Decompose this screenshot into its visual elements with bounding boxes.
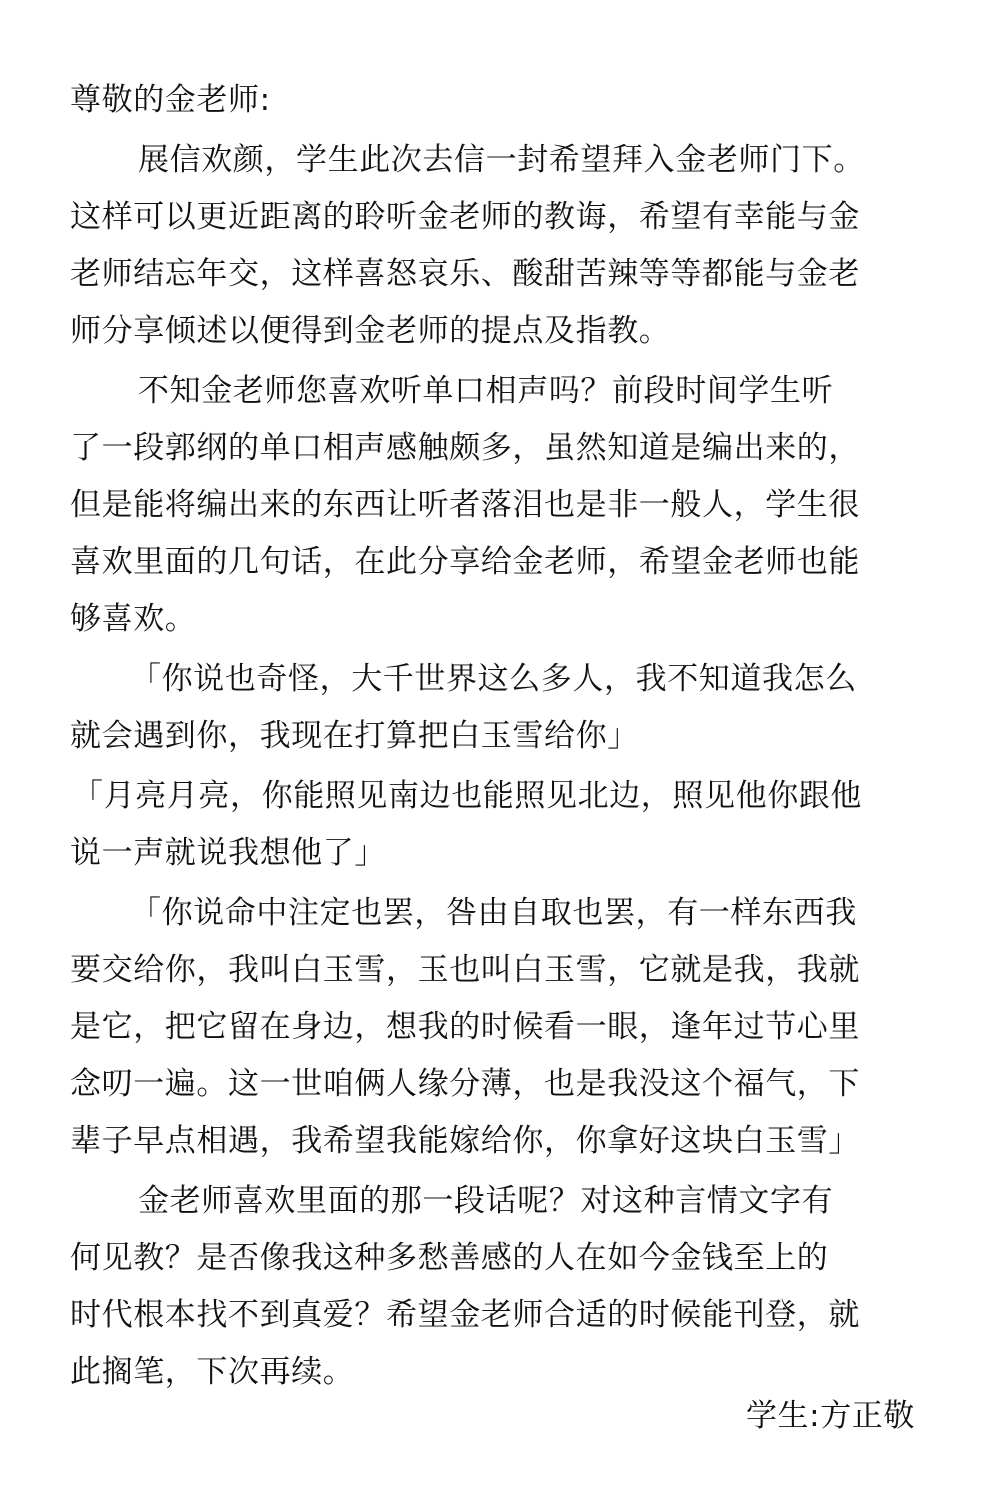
paragraph-intro: 展信欢颜，学生此次去信一封希望拜入金老师门下。 这样可以更近距离的聆听金老师的教… [70, 132, 930, 360]
quote-line: 就会遇到你，我现在打算把白玉雪给你」 [70, 708, 930, 765]
paragraph-line: 老师结忘年交，这样喜怒哀乐、酸甜苦辣等等都能与金老 [70, 246, 930, 303]
paragraph-closing: 金老师喜欢里面的那一段话呢？对这种言情文字有 何见教？是否像我这种多愁善感的人在… [70, 1173, 930, 1401]
quote-line: 「你说也奇怪，大千世界这么多人，我不知道我怎么 [70, 651, 930, 708]
paragraph-line: 了一段郭纲的单口相声感触颇多，虽然知道是编出来的， [70, 420, 930, 477]
paragraph-line: 但是能将编出来的东西让听者落泪也是非一般人，学生很 [70, 477, 930, 534]
quote-line: 是它，把它留在身边，想我的时候看一眼，逢年过节心里 [70, 999, 930, 1056]
paragraph-line: 何见教？是否像我这种多愁善感的人在如今金钱至上的 [70, 1230, 930, 1287]
quote-line: 说一声就说我想他了」 [70, 825, 930, 882]
paragraph-line: 金老师喜欢里面的那一段话呢？对这种言情文字有 [70, 1173, 930, 1230]
paragraph-line: 不知金老师您喜欢听单口相声吗？前段时间学生听 [70, 363, 930, 420]
quote-2: 「月亮月亮，你能照见南边也能照见北边，照见他你跟他 说一声就说我想他了」 [70, 768, 930, 882]
paragraph-line: 时代根本找不到真爱？希望金老师合适的时候能刊登，就 [70, 1287, 930, 1344]
paragraph-crosstalk: 不知金老师您喜欢听单口相声吗？前段时间学生听 了一段郭纲的单口相声感触颇多，虽然… [70, 363, 930, 648]
quote-line: 念叨一遍。这一世咱俩人缘分薄，也是我没这个福气，下 [70, 1056, 930, 1113]
paragraph-line: 这样可以更近距离的聆听金老师的教诲，希望有幸能与金 [70, 189, 930, 246]
quote-3: 「你说命中注定也罢，咎由自取也罢，有一样东西我 要交给你，我叫白玉雪，玉也叫白玉… [70, 885, 930, 1170]
salutation: 尊敬的金老师: [70, 72, 930, 129]
quote-1: 「你说也奇怪，大千世界这么多人，我不知道我怎么 就会遇到你，我现在打算把白玉雪给… [70, 651, 930, 765]
signature: 学生:方正敬 [746, 1388, 915, 1445]
quote-line: 「月亮月亮，你能照见南边也能照见北边，照见他你跟他 [70, 768, 930, 825]
paragraph-line: 够喜欢。 [70, 591, 930, 648]
letter-body: 尊敬的金老师: 展信欢颜，学生此次去信一封希望拜入金老师门下。 这样可以更近距离… [70, 72, 930, 1401]
paragraph-line: 师分享倾述以便得到金老师的提点及指教。 [70, 303, 930, 360]
quote-line: 「你说命中注定也罢，咎由自取也罢，有一样东西我 [70, 885, 930, 942]
paragraph-line: 展信欢颜，学生此次去信一封希望拜入金老师门下。 [70, 132, 930, 189]
quote-line: 辈子早点相遇，我希望我能嫁给你，你拿好这块白玉雪」 [70, 1113, 930, 1170]
paragraph-line: 喜欢里面的几句话，在此分享给金老师，希望金老师也能 [70, 534, 930, 591]
quote-line: 要交给你，我叫白玉雪，玉也叫白玉雪，它就是我，我就 [70, 942, 930, 999]
